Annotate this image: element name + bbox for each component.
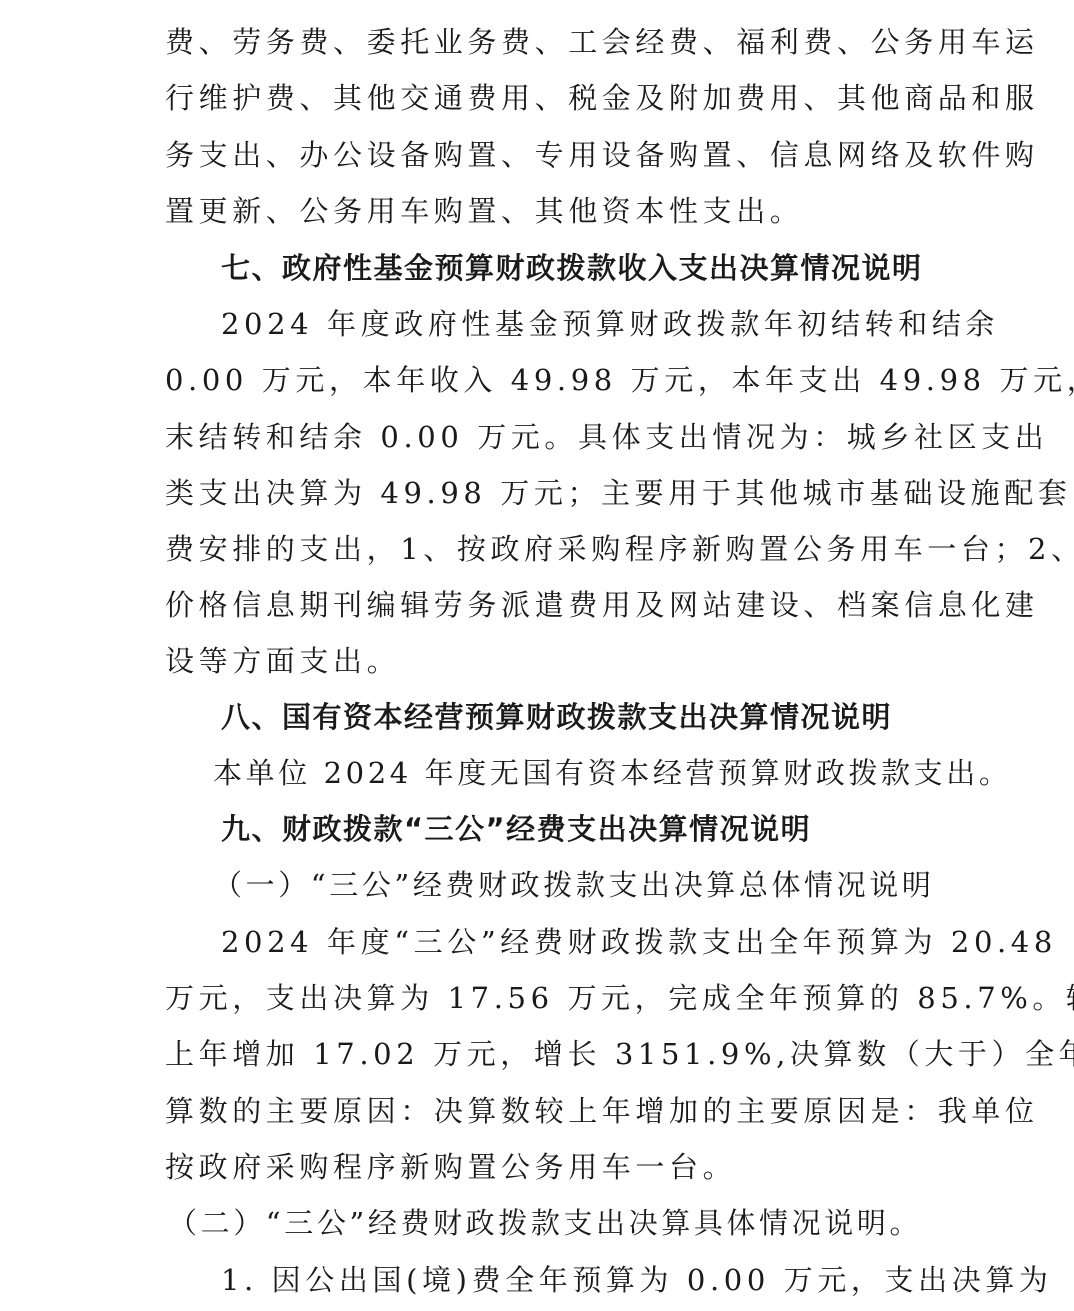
section-8-heading: 八、国有资本经营预算财政拨款支出决算情况说明 bbox=[221, 697, 981, 737]
document-page: 费、劳务费、委托业务费、工会经费、福利费、公务用车运 行维护费、其他交通费用、税… bbox=[0, 0, 1074, 1311]
section-9-sub-2-heading: （二）“三公”经费财政拨款支出决算具体情况说明。 bbox=[168, 1203, 928, 1243]
paragraph-line: 算数的主要原因：决算数较上年增加的主要原因是：我单位 bbox=[165, 1091, 925, 1131]
paragraph-line: 0.00 万元，本年收入 49.98 万元，本年支出 49.98 万元，年 bbox=[165, 360, 925, 400]
paragraph-line: 费安排的支出，1、按政府采购程序新购置公务用车一台；2、 bbox=[165, 529, 925, 569]
section-9-sub-1-heading: （一）“三公”经费财政拨款支出决算总体情况说明 bbox=[213, 865, 973, 905]
paragraph-line: 务支出、办公设备购置、专用设备购置、信息网络及软件购 bbox=[165, 135, 925, 175]
paragraph-line: 费、劳务费、委托业务费、工会经费、福利费、公务用车运 bbox=[165, 22, 925, 62]
paragraph-line: 设等方面支出。 bbox=[165, 641, 925, 681]
paragraph-line: 置更新、公务用车购置、其他资本性支出。 bbox=[165, 191, 925, 231]
paragraph-line: 2024 年度政府性基金预算财政拨款年初结转和结余 bbox=[221, 304, 981, 344]
paragraph-line: 行维护费、其他交通费用、税金及附加费用、其他商品和服 bbox=[165, 78, 925, 118]
section-7-heading: 七、政府性基金预算财政拨款收入支出决算情况说明 bbox=[221, 248, 981, 288]
paragraph-line: 上年增加 17.02 万元，增长 3151.9%,决算数（大于）全年预 bbox=[165, 1034, 925, 1074]
paragraph-line: 末结转和结余 0.00 万元。具体支出情况为：城乡社区支出 bbox=[165, 417, 925, 457]
paragraph-line: 类支出决算为 49.98 万元；主要用于其他城市基础设施配套 bbox=[165, 473, 925, 513]
paragraph-line: 价格信息期刊编辑劳务派遣费用及网站建设、档案信息化建 bbox=[165, 585, 925, 625]
section-9-heading: 九、财政拨款“三公”经费支出决算情况说明 bbox=[221, 809, 981, 849]
paragraph-line: 1. 因公出国(境)费全年预算为 0.00 万元，支出决算为 bbox=[221, 1260, 981, 1300]
paragraph-line: 2024 年度“三公”经费财政拨款支出全年预算为 20.48 bbox=[221, 922, 981, 962]
paragraph-line: 本单位 2024 年度无国有资本经营预算财政拨款支出。 bbox=[213, 753, 973, 793]
paragraph-line: 按政府采购程序新购置公务用车一台。 bbox=[165, 1147, 925, 1187]
paragraph-line: 万元，支出决算为 17.56 万元，完成全年预算的 85.7%。较 bbox=[165, 978, 925, 1018]
